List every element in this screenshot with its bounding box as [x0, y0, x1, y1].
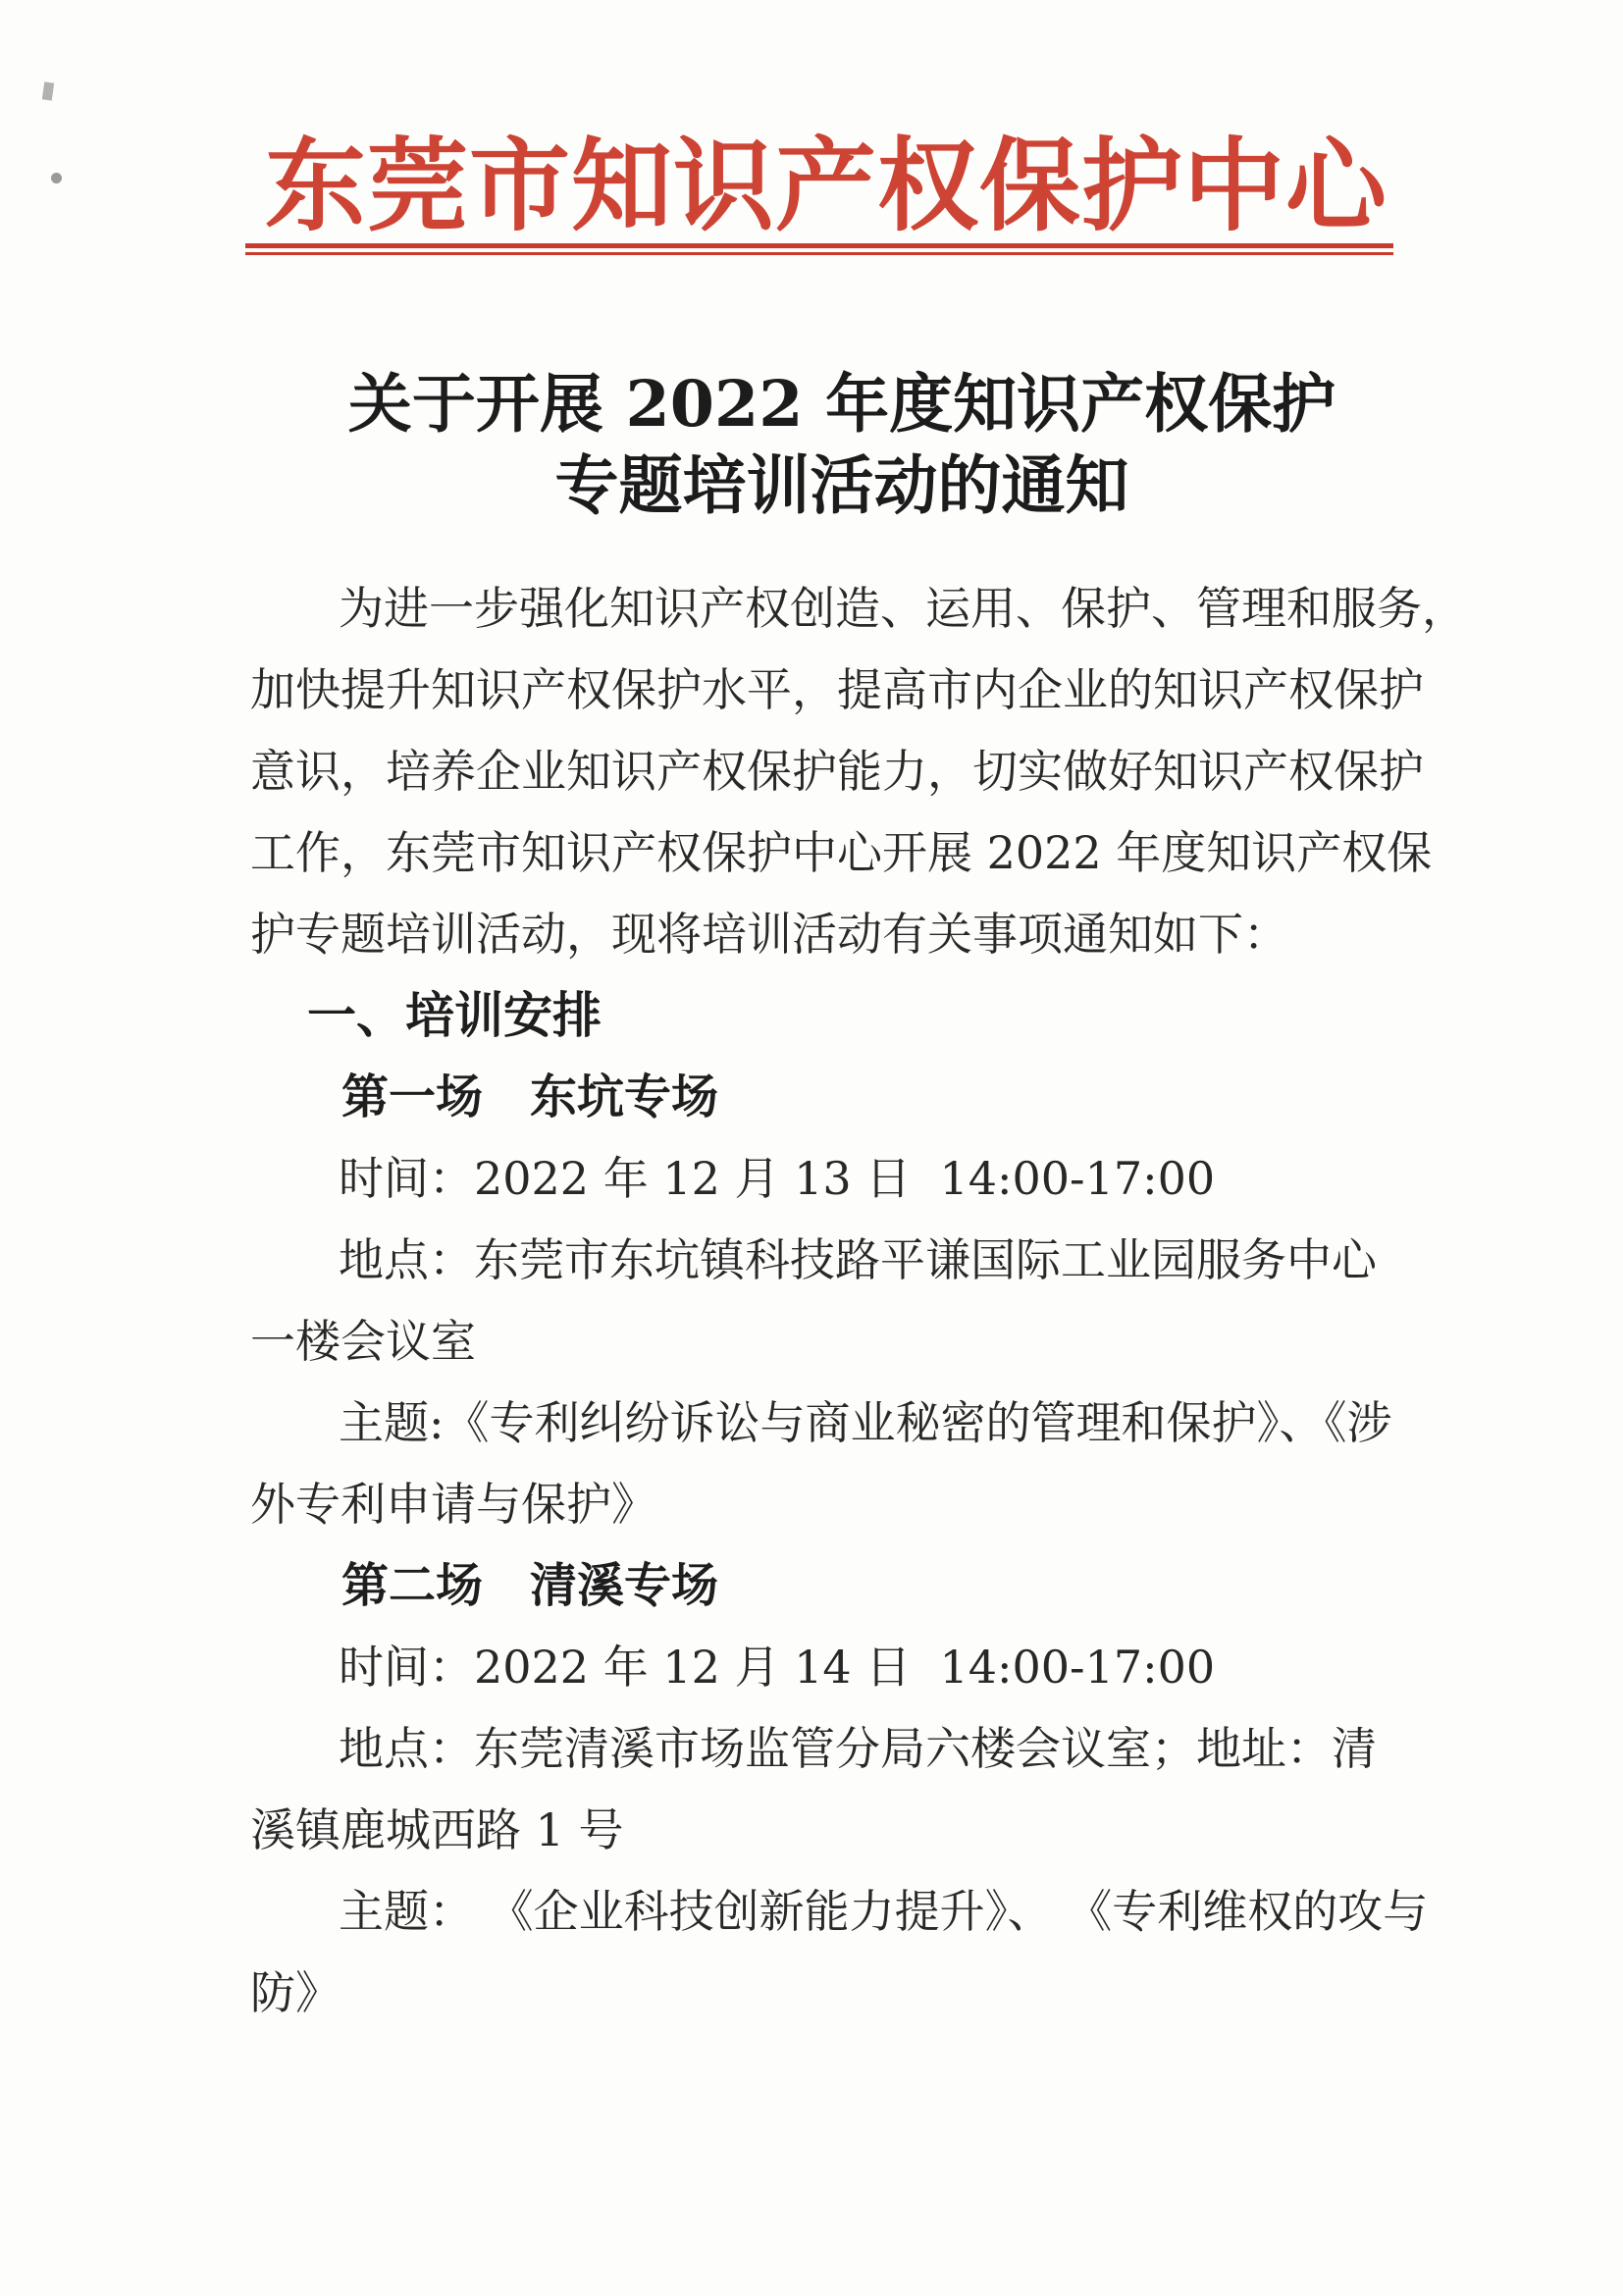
body-line: 一楼会议室	[250, 1301, 1467, 1383]
body-line-topic: 主题： 《企业科技创新能力提升》、 《专利维权的攻与	[250, 1871, 1467, 1953]
letterhead-divider-thick	[245, 243, 1393, 248]
letterhead-divider-thin	[245, 252, 1393, 255]
session-heading-qingxi: 第二场 清溪专场	[250, 1545, 1467, 1627]
body-line-time: 时间：2022 年 12 月 14 日 14:00-17:00	[250, 1627, 1467, 1708]
body-line-place: 地点：东莞市东坑镇科技路平谦国际工业园服务中心	[250, 1220, 1467, 1301]
session-heading-dongkeng: 第一场 东坑专场	[250, 1057, 1467, 1138]
scan-artifact	[42, 81, 54, 100]
body-line-time: 时间：2022 年 12 月 13 日 14:00-17:00	[250, 1138, 1467, 1220]
body-line: 护专题培训活动，现将培训活动有关事项通知如下：	[250, 894, 1467, 975]
letterhead-org-name: 东莞市知识产权保护中心	[0, 128, 1623, 245]
body-line: 工作，东莞市知识产权保护中心开展 2022 年度知识产权保	[250, 812, 1467, 894]
body-line: 溪镇鹿城西路 1 号	[250, 1790, 1467, 1871]
document-title-line1: 关于开展 2022 年度知识产权保护	[348, 367, 1335, 442]
document-body: 为进一步强化知识产权创造、运用、保护、管理和服务， 加快提升知识产权保护水平，提…	[250, 568, 1467, 2034]
body-line-place: 地点：东莞清溪市场监管分局六楼会议室；地址：清	[250, 1708, 1467, 1790]
body-line: 加快提升知识产权保护水平，提高市内企业的知识产权保护	[250, 650, 1467, 731]
body-line: 为进一步强化知识产权创造、运用、保护、管理和服务，	[250, 568, 1467, 650]
body-line: 防》	[250, 1953, 1467, 2034]
body-line: 外专利申请与保护》	[250, 1464, 1467, 1545]
body-line-topic: 主题:《专利纠纷诉讼与商业秘密的管理和保护》、《涉	[250, 1383, 1467, 1464]
document-title: 关于开展 2022 年度知识产权保护专题培训活动的通知	[0, 364, 1623, 527]
section-heading-training-arrangement: 一、培训安排	[250, 975, 1467, 1057]
document-title-line2: 专题培训活动的通知	[554, 448, 1128, 523]
document-page: 东莞市知识产权保护中心 关于开展 2022 年度知识产权保护专题培训活动的通知 …	[0, 0, 1623, 2296]
body-line: 意识，培养企业知识产权保护能力，切实做好知识产权保护	[250, 731, 1467, 812]
